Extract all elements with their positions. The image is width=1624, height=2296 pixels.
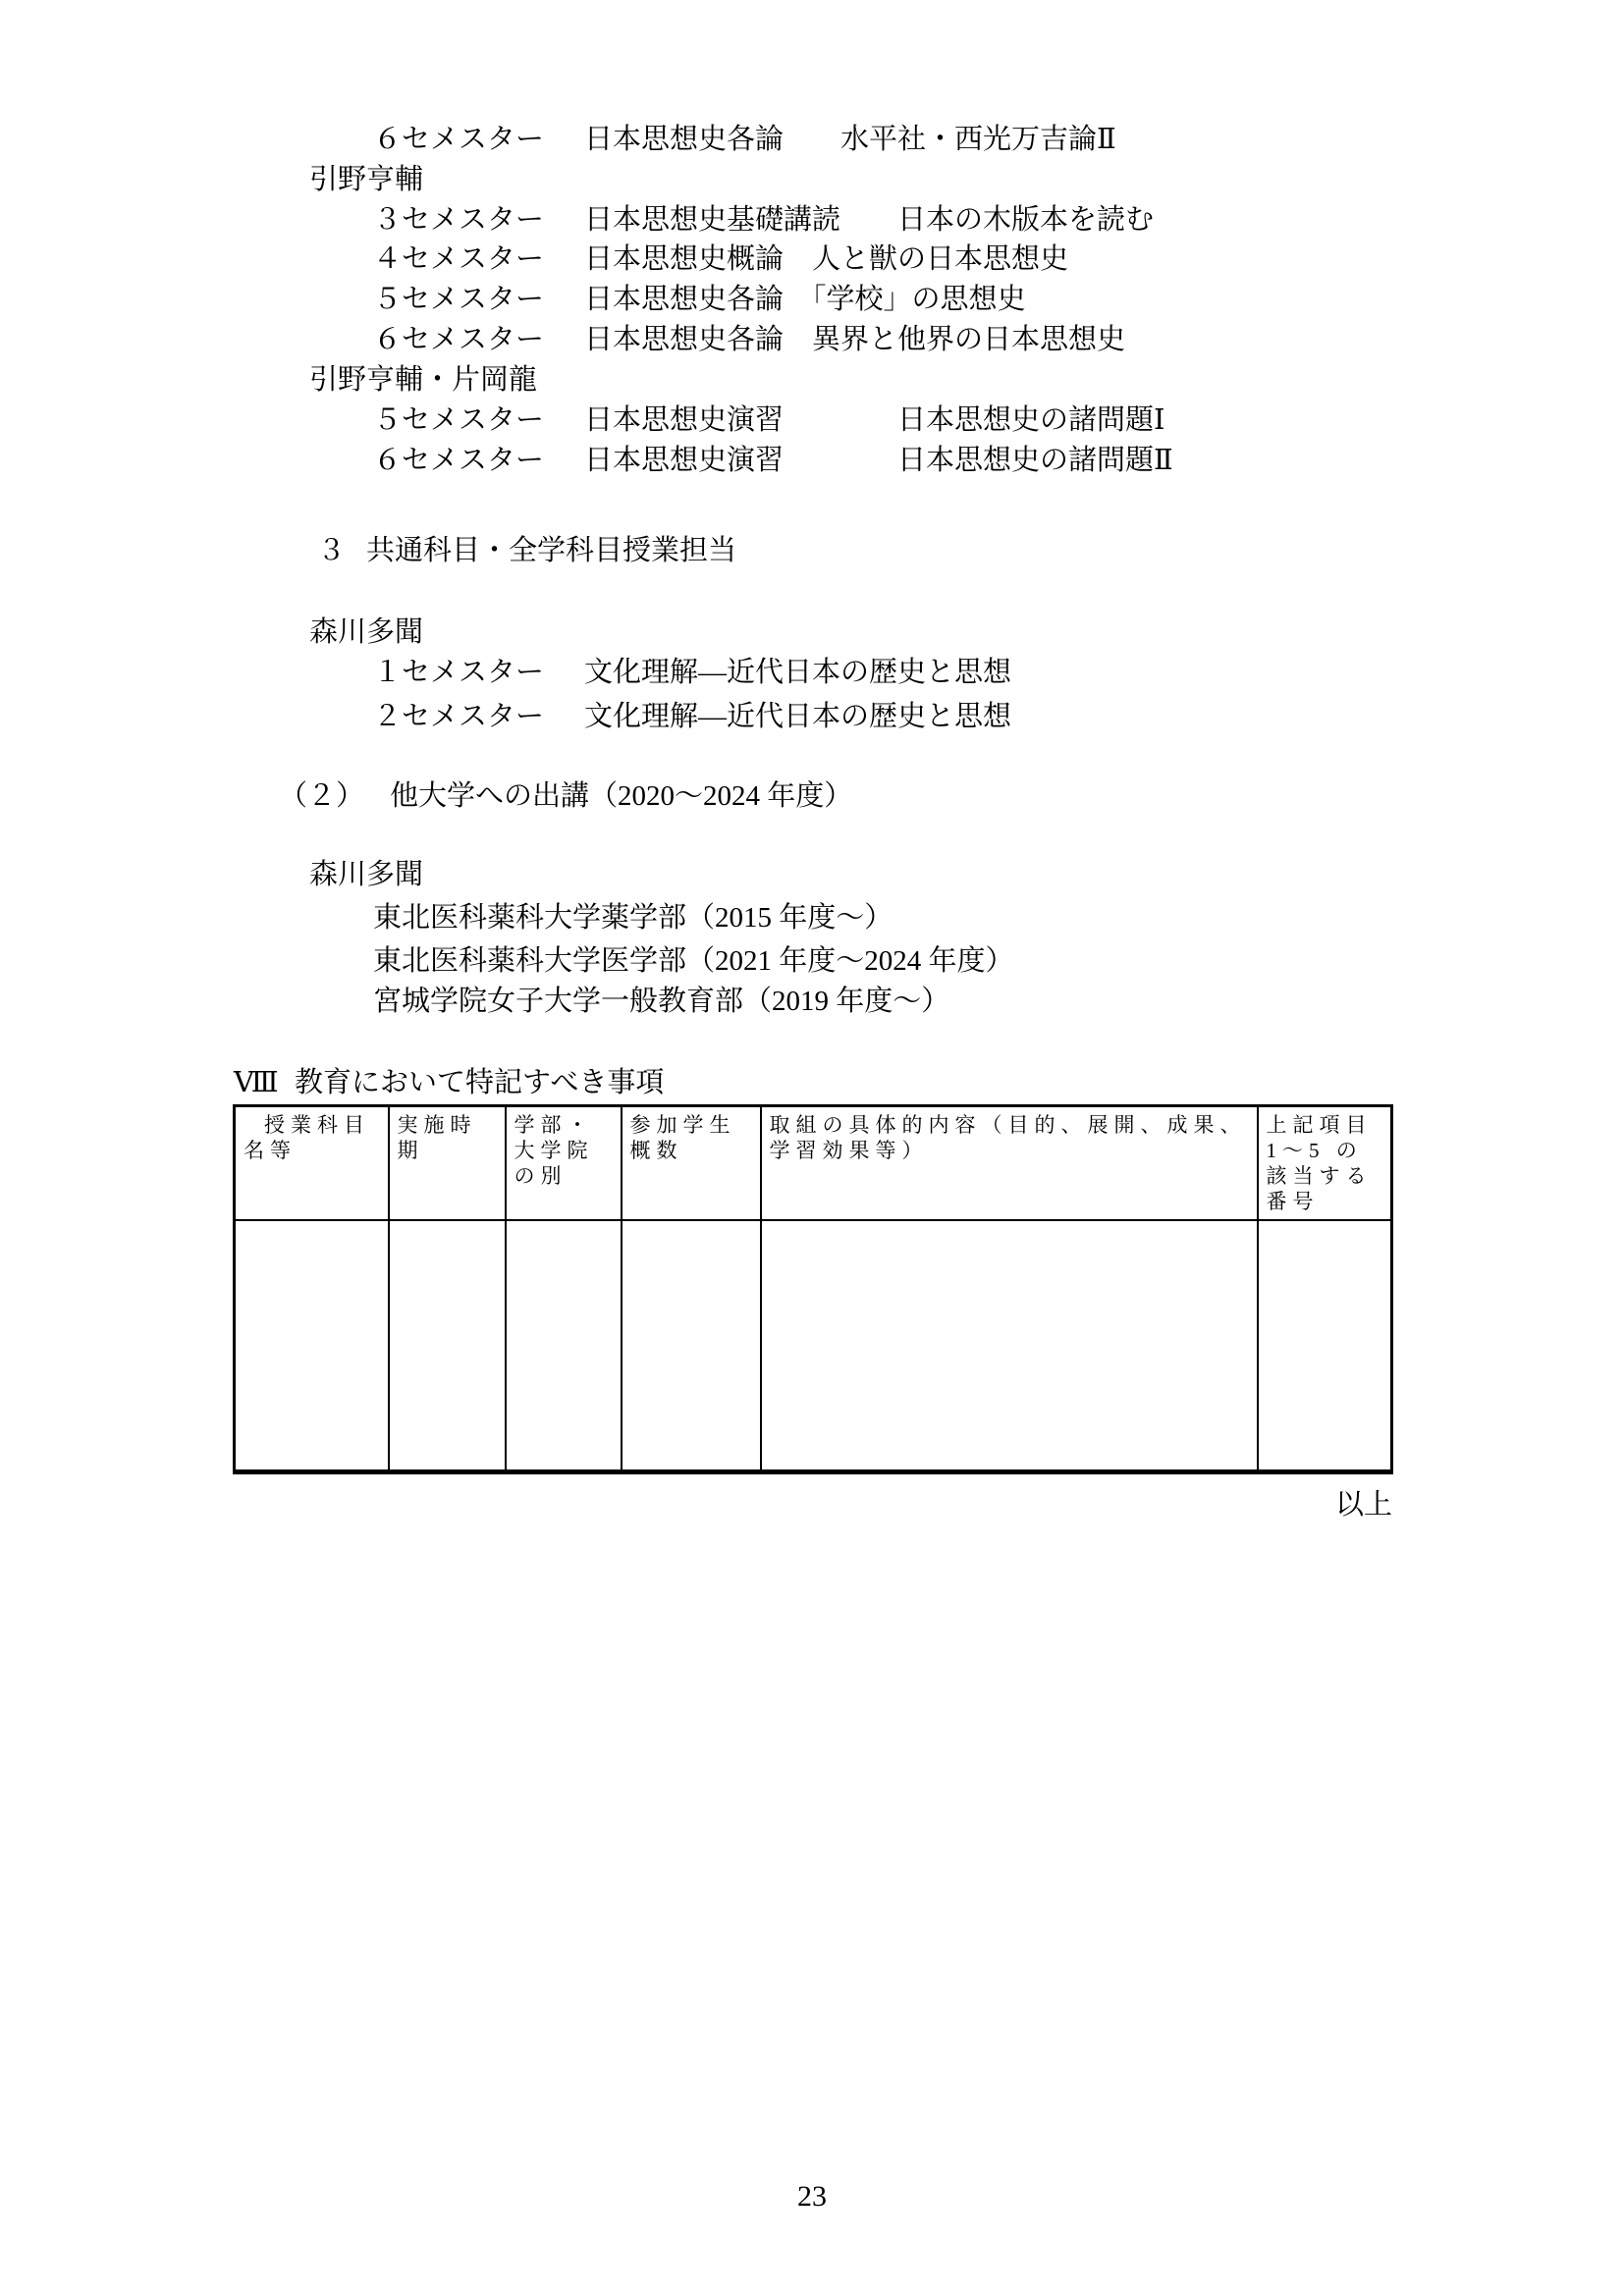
course-title: 日本思想史各論 「学校」の思想史	[584, 284, 1026, 315]
col-header-faculty: 学部・大学院の別	[506, 1106, 622, 1221]
course-title: 日本思想史基礎講読 日本の木版本を読む	[584, 204, 1154, 236]
semester-label: ５セメスター	[373, 402, 584, 438]
course-title: 日本思想史概論 人と獣の日本思想史	[584, 243, 1068, 275]
cell-course-name	[235, 1220, 389, 1471]
page-number: 23	[0, 2179, 1624, 2215]
section8-heading: Ⅷ教育において特記すべき事項	[234, 1065, 664, 1100]
subsection-title: 共通科目・全学科目授業担当	[366, 535, 736, 566]
section-number: （２）	[279, 778, 390, 814]
col-header-details: 取組の具体的内容（目的、展開、成果、学習効果等）	[761, 1106, 1258, 1221]
col-header-students: 参加学生概数	[622, 1106, 761, 1221]
subsection-heading: ３共通科目・全学科目授業担当	[317, 533, 736, 568]
course-title: 日本思想史各論 異界と他界の日本思想史	[584, 324, 1125, 355]
course-title: 日本思想史演習 日本思想史の諸問題Ⅰ	[584, 404, 1164, 436]
semester-label: ４セメスター	[373, 241, 584, 277]
section-title: 他大学への出講（2020～2024 年度）	[390, 780, 852, 812]
course-line: ６セメスター日本思想史演習 日本思想史の諸問題Ⅱ	[373, 443, 1173, 478]
semester-label: ６セメスター	[373, 122, 584, 157]
semester-label: ３セメスター	[373, 202, 584, 238]
course-line: ６セメスター日本思想史各論 水平社・西光万吉論Ⅱ	[373, 122, 1116, 157]
section-heading: （２）他大学への出講（2020～2024 年度）	[279, 778, 852, 814]
instructor-name: 森川多聞	[309, 614, 423, 650]
cell-students	[622, 1220, 761, 1471]
course-line: １セメスター文化理解―近代日本の歴史と思想	[373, 655, 1011, 690]
course-line: ３セメスター日本思想史基礎講読 日本の木版本を読む	[373, 202, 1154, 238]
guest-lecture-item: 東北医科薬科大学医学部（2021 年度～2024 年度）	[373, 943, 1014, 979]
cell-period	[389, 1220, 506, 1471]
col-header-item-number: 上記項目 1～5 の該当する番号	[1258, 1106, 1392, 1221]
semester-label: ２セメスター	[373, 699, 584, 734]
course-title: 日本思想史演習 日本思想史の諸問題Ⅱ	[584, 445, 1173, 476]
guest-lecture-item: 宮城学院女子大学一般教育部（2019 年度～）	[373, 984, 949, 1019]
subsection-number: ３	[317, 533, 366, 568]
instructor-name: 引野亨輔	[309, 162, 423, 197]
semester-label: ６セメスター	[373, 322, 584, 357]
instructor-name: 森川多聞	[309, 857, 423, 892]
course-title: 文化理解―近代日本の歴史と思想	[584, 657, 1011, 688]
document-page: ６セメスター日本思想史各論 水平社・西光万吉論Ⅱ 引野亨輔 ３セメスター日本思想…	[0, 0, 1624, 2296]
section8-title: 教育において特記すべき事項	[295, 1067, 664, 1098]
course-line: ６セメスター日本思想史各論 異界と他界の日本思想史	[373, 322, 1125, 357]
closing-label: 以上	[1335, 1487, 1392, 1522]
col-header-course-name: 授業科目名等	[235, 1106, 389, 1221]
cell-details	[761, 1220, 1258, 1471]
guest-lecture-item: 東北医科薬科大学薬学部（2015 年度～）	[373, 900, 893, 935]
course-title: 文化理解―近代日本の歴史と思想	[584, 701, 1011, 732]
special-notes-table: 授業科目名等 実施時期 学部・大学院の別 参加学生概数 取組の具体的内容（目的、…	[233, 1104, 1393, 1474]
cell-faculty	[506, 1220, 622, 1471]
semester-label: １セメスター	[373, 655, 584, 690]
course-line: ２セメスター文化理解―近代日本の歴史と思想	[373, 699, 1011, 734]
course-title: 日本思想史各論 水平社・西光万吉論Ⅱ	[584, 124, 1116, 155]
cell-item-number	[1258, 1220, 1392, 1471]
semester-label: ６セメスター	[373, 443, 584, 478]
semester-label: ５セメスター	[373, 282, 584, 317]
course-line: ４セメスター日本思想史概論 人と獣の日本思想史	[373, 241, 1068, 277]
section8-numeral: Ⅷ	[234, 1065, 295, 1100]
course-line: ５セメスター日本思想史演習 日本思想史の諸問題Ⅰ	[373, 402, 1164, 438]
course-line: ５セメスター日本思想史各論 「学校」の思想史	[373, 282, 1026, 317]
table-header-row: 授業科目名等 実施時期 学部・大学院の別 参加学生概数 取組の具体的内容（目的、…	[235, 1106, 1392, 1221]
col-header-period: 実施時期	[389, 1106, 506, 1221]
table-row	[235, 1220, 1392, 1471]
instructor-name: 引野亨輔・片岡龍	[309, 362, 537, 398]
